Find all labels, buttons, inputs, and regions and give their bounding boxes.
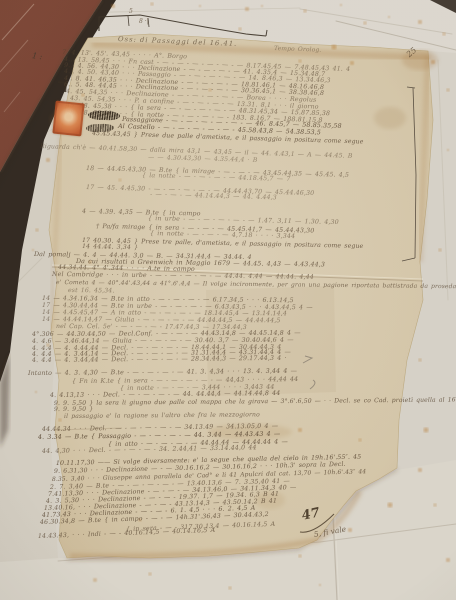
wax-stamp: [52, 101, 84, 137]
scene-background: [0, 0, 456, 600]
left-margin-mark: 1 :: [31, 52, 42, 61]
top-tiny-mark-5: 5: [129, 9, 133, 15]
bold-47-mark: 47: [301, 506, 321, 522]
top-tiny-mark-8: 8 ·|: [139, 19, 149, 25]
photo-frame: Oss: di Passaggi del 16.41. Tempo Orolog…: [0, 0, 456, 600]
